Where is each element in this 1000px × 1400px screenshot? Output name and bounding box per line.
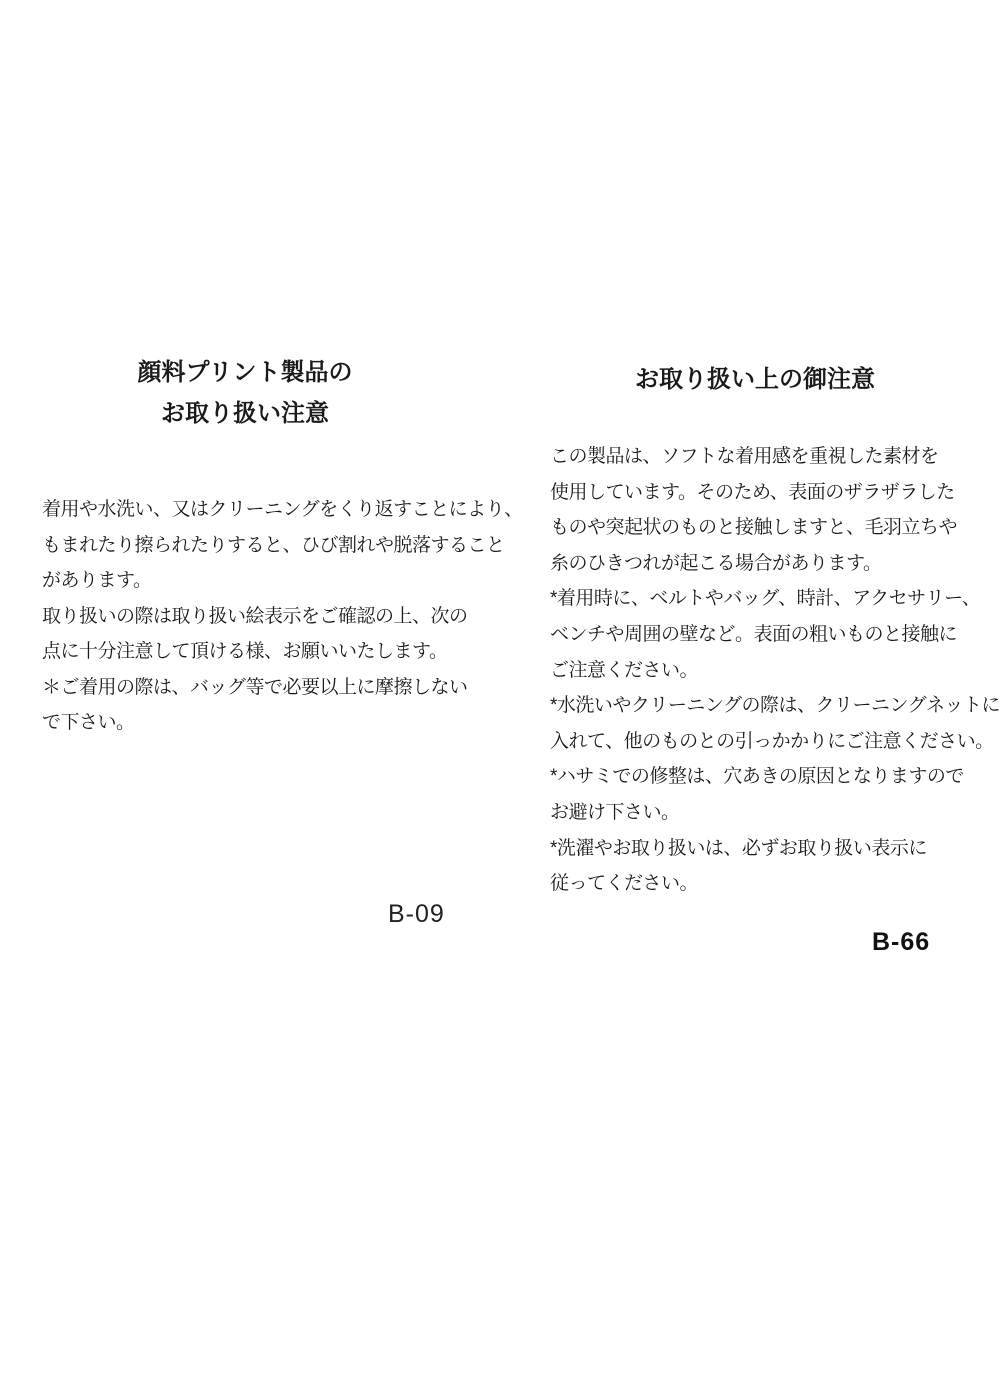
left-body-line: もまれたり擦られたりすると、ひび割れや脱落すること	[42, 528, 512, 564]
right-body-line: この製品は、ソフトな着用感を重視した素材を	[550, 439, 990, 475]
care-instruction-page: { "page": { "background": "#ffffff", "te…	[0, 0, 1000, 1400]
left-body-line: 着用や水洗い、又はクリーニングをくり返すことにより、	[42, 492, 512, 528]
right-body-line: 使用しています。そのため、表面のザラザラした	[550, 475, 990, 511]
right-body-line: ベンチや周囲の壁など。表面の粗いものと接触に	[550, 617, 990, 653]
left-page-code: B-09	[388, 900, 445, 929]
left-title-line-2: お取り扱い注意	[30, 393, 460, 434]
left-column-body: 着用や水洗い、又はクリーニングをくり返すことにより、 もまれたり擦られたりすると…	[42, 492, 512, 741]
right-body-line: *洗濯やお取り扱いは、必ずお取り扱い表示に	[550, 831, 990, 867]
right-body-line: 従ってください。	[550, 866, 990, 902]
right-body-line: 入れて、他のものとの引っかかりにご注意ください。	[550, 724, 990, 760]
right-title-line: お取り扱い上の御注意	[550, 364, 960, 396]
left-body-line: 取り扱いの際は取り扱い絵表示をご確認の上、次の	[42, 599, 512, 635]
right-body-line: お避け下さい。	[550, 795, 990, 831]
left-body-line: ＊ご着用の際は、バッグ等で必要以上に摩擦しない	[42, 670, 512, 706]
right-body-line: 糸のひきつれが起こる場合があります。	[550, 546, 990, 582]
right-page-code: B-66	[872, 928, 930, 957]
left-body-line: があります。	[42, 563, 512, 599]
right-body-line: ものや突起状のものと接触しますと、毛羽立ちや	[550, 510, 990, 546]
right-body-line: *着用時に、ベルトやバッグ、時計、アクセサリー、	[550, 581, 990, 617]
left-body-line: 点に十分注意して頂ける様、お願いいたします。	[42, 634, 512, 670]
left-title-line-1: 顔料プリント製品の	[30, 352, 460, 393]
left-column-title: 顔料プリント製品の お取り扱い注意	[30, 352, 460, 434]
right-body-line: ご注意ください。	[550, 653, 990, 689]
right-column-title: お取り扱い上の御注意	[550, 364, 960, 396]
right-body-line: *ハサミでの修整は、穴あきの原因となりますので	[550, 759, 990, 795]
right-column-body: この製品は、ソフトな着用感を重視した素材を 使用しています。そのため、表面のザラ…	[550, 439, 990, 902]
left-body-line: で下さい。	[42, 705, 512, 741]
right-body-line: *水洗いやクリーニングの際は、クリーニングネットに	[550, 688, 990, 724]
